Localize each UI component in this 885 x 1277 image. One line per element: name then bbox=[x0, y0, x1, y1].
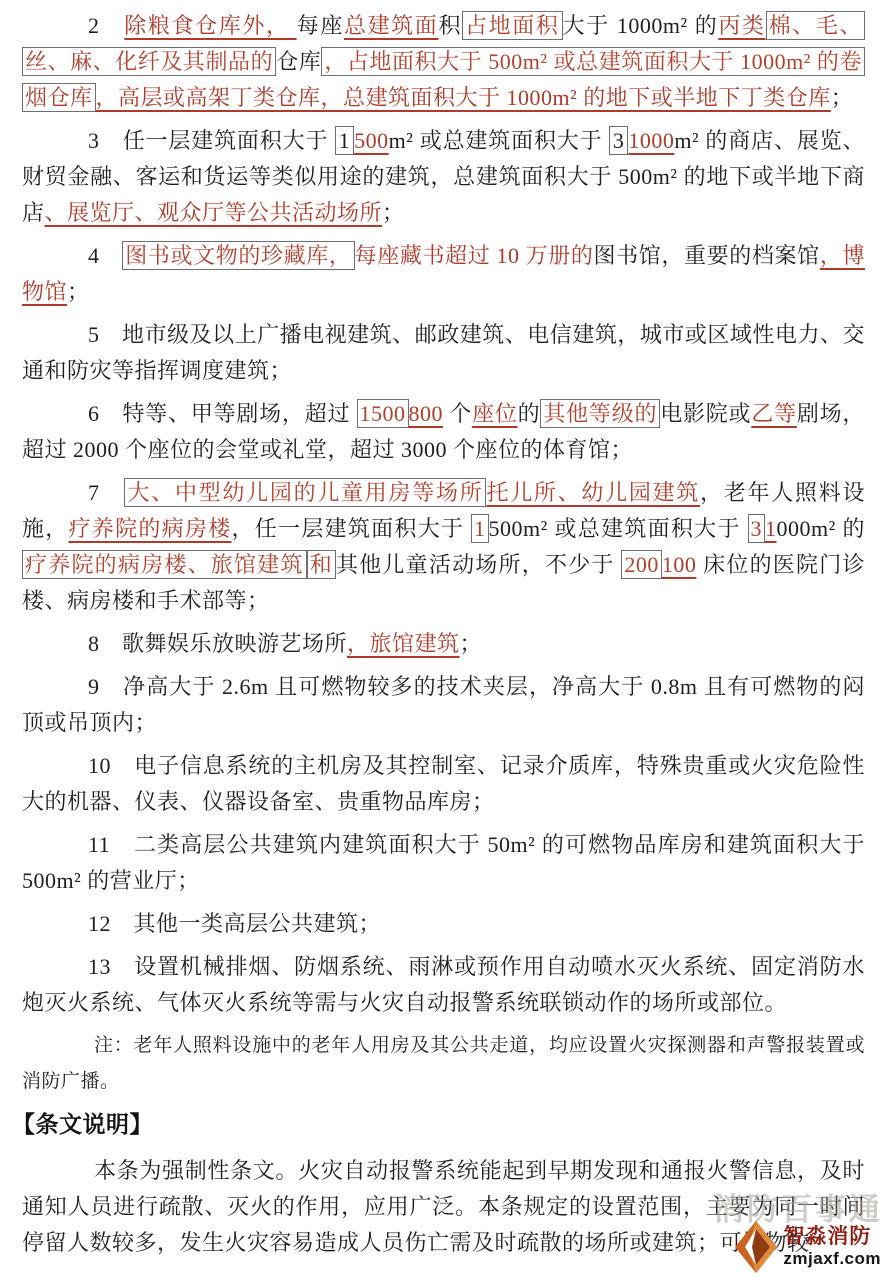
text-run: ； bbox=[382, 200, 405, 225]
text-run: 1000 bbox=[628, 128, 674, 153]
text-run: 总建筑面 bbox=[344, 13, 438, 38]
text-run: 每座 bbox=[297, 13, 344, 38]
text-run: 每座藏书超过 10 万册的 bbox=[355, 243, 594, 268]
commentary: 本条为强制性条文。火灾自动报警系统能起到早期发现和通报火警信息，及时通知人员进行… bbox=[22, 1153, 865, 1261]
text-run: 本条为强制性条文。火灾自动报警系统能起到早期发现和通报火警信息，及时通知人员进行… bbox=[22, 1158, 865, 1255]
text-run: 除粮食仓库外， bbox=[124, 13, 296, 38]
text-run: 1 bbox=[335, 126, 355, 155]
text-run: 占地面积 bbox=[462, 11, 562, 40]
section-heading: 【条文说明】 bbox=[12, 1107, 865, 1143]
content: 2 除粮食仓库外， 每座总建筑面积占地面积大于 1000m² 的丙类棉、毛、丝、… bbox=[22, 8, 865, 1261]
text-run: 7 bbox=[88, 480, 124, 505]
item-6: 6 特等、甲等剧场，超过 1500800 个座位的其他等级的电影院或乙等剧场，超… bbox=[22, 396, 865, 468]
text-run: 座位 bbox=[472, 401, 518, 426]
text-run: 托儿所、幼儿园建筑 bbox=[486, 480, 700, 505]
item-9: 9 净高大于 2.6m 且可燃物较多的技术夹层，净高大于 0.8m 且有可燃物的… bbox=[22, 669, 865, 741]
text-run: ，旅馆建筑 bbox=[347, 631, 460, 656]
item-4: 4 图书或文物的珍藏库，每座藏书超过 10 万册的图书馆，重要的档案馆，博物馆； bbox=[22, 238, 865, 310]
text-run: 、展览厅、观众厅等公共活动场所 bbox=[45, 200, 383, 225]
text-run: 5 地市级及以上广播电视建筑、邮政建筑、电信建筑，城市或区域性电力、交通和防灾等… bbox=[22, 322, 865, 383]
text-run: 和 bbox=[307, 550, 336, 579]
item-7: 7 大、中型幼儿园的儿童用房等场所托儿所、幼儿园建筑，老年人照料设施，疗养院的病… bbox=[22, 475, 865, 619]
text-run: ，高层或高架丁类仓库，总建筑面积大于 1000m² 的地下或半地下丁类仓库 bbox=[96, 85, 831, 110]
text-run: 3 bbox=[609, 126, 629, 155]
text-run: 大、中型幼儿园的儿童用房等场所 bbox=[124, 478, 486, 507]
text-run: 500 bbox=[354, 128, 389, 153]
text-run: ； bbox=[831, 85, 854, 110]
text-run: 疗养院的病房楼、旅馆建筑 bbox=[22, 550, 307, 579]
text-run: 图书馆，重要的档案馆 bbox=[594, 243, 820, 268]
text-run: m² 或总建筑面积大于 bbox=[389, 128, 609, 153]
item-11: 11 二类高层公共建筑内建筑面积大于 50m² 的可燃物品库房和建筑面积大于 5… bbox=[22, 827, 865, 899]
text-run: 000m² 的 bbox=[777, 516, 865, 541]
text-run: 8 歌舞娱乐放映游艺场所 bbox=[88, 631, 347, 656]
text-run: 11 二类高层公共建筑内建筑面积大于 50m² 的可燃物品库房和建筑面积大于 5… bbox=[22, 832, 871, 893]
item-12: 12 其他一类高层公共建筑； bbox=[22, 906, 865, 942]
text-run: 仓库 bbox=[276, 49, 321, 74]
text-run: 500m² 或总建筑面积大于 bbox=[489, 516, 748, 541]
text-run: 其他儿童活动场所，不少于 bbox=[336, 552, 621, 577]
text-run: 2 bbox=[88, 13, 124, 38]
text-run: 800 bbox=[409, 401, 444, 426]
text-run: 3 bbox=[748, 514, 766, 543]
text-run: 丙类 bbox=[718, 13, 765, 38]
item-13: 13 设置机械排烟、防烟系统、雨淋或预作用自动喷水灭火系统、固定消防水炮灭火系统… bbox=[22, 949, 865, 1021]
text-run: 的 bbox=[518, 401, 541, 426]
text-run: 4 bbox=[88, 243, 122, 268]
item-5: 5 地市级及以上广播电视建筑、邮政建筑、电信建筑，城市或区域性电力、交通和防灾等… bbox=[22, 317, 865, 389]
item-10: 10 电子信息系统的主机房及其控制室、记录介质库，特殊贵重或火灾危险性大的机器、… bbox=[22, 748, 865, 820]
item-3: 3 任一层建筑面积大于 1500m² 或总建筑面积大于 31000m² 的商店、… bbox=[22, 123, 865, 231]
text-run: 9 净高大于 2.6m 且可燃物较多的技术夹层，净高大于 0.8m 且有可燃物的… bbox=[22, 674, 865, 735]
text-run: 个 bbox=[443, 401, 472, 426]
text-run: ； bbox=[460, 631, 483, 656]
text-run: 积 bbox=[438, 13, 462, 38]
text-run: 100 bbox=[662, 552, 697, 577]
text-run: 200 bbox=[621, 550, 662, 579]
text-run: 1 bbox=[471, 514, 489, 543]
text-run: 13 设置机械排烟、防烟系统、雨淋或预作用自动喷水灭火系统、固定消防水炮灭火系统… bbox=[22, 954, 865, 1015]
text-run: 3 任一层建筑面积大于 bbox=[88, 128, 335, 153]
text-run: 【条文说明】 bbox=[12, 1112, 153, 1137]
text-run: 注：老年人照料设施中的老年人用房及其公共走道，均应设置火灾探测器和声警报装置或消… bbox=[22, 1035, 865, 1092]
item-2: 2 除粮食仓库外， 每座总建筑面积占地面积大于 1000m² 的丙类棉、毛、丝、… bbox=[22, 8, 865, 116]
text-run: 大于 1000m² 的 bbox=[563, 13, 719, 38]
text-run: 1 bbox=[765, 516, 777, 541]
note: 注：老年人照料设施中的老年人用房及其公共走道，均应设置火灾探测器和声警报装置或消… bbox=[22, 1028, 865, 1100]
text-run: 疗养院的病房楼 bbox=[69, 516, 232, 541]
document-page: 2 除粮食仓库外， 每座总建筑面积占地面积大于 1000m² 的丙类棉、毛、丝、… bbox=[0, 0, 885, 1277]
text-run: 其他等级的 bbox=[540, 399, 660, 428]
text-run: ； bbox=[67, 279, 90, 304]
text-run: 10 电子信息系统的主机房及其控制室、记录介质库，特殊贵重或火灾危险性大的机器、… bbox=[22, 753, 865, 814]
text-run: 电影院或 bbox=[660, 401, 751, 426]
text-run: 12 其他一类高层公共建筑； bbox=[88, 911, 381, 936]
text-run: 乙等 bbox=[751, 401, 797, 426]
text-run: 1500 bbox=[357, 399, 409, 428]
text-run: ，任一层建筑面积大于 bbox=[232, 516, 472, 541]
text-run: 6 特等、甲等剧场，超过 bbox=[88, 401, 357, 426]
text-run: 图书或文物的珍藏库， bbox=[122, 241, 354, 270]
item-8: 8 歌舞娱乐放映游艺场所，旅馆建筑； bbox=[22, 626, 865, 662]
